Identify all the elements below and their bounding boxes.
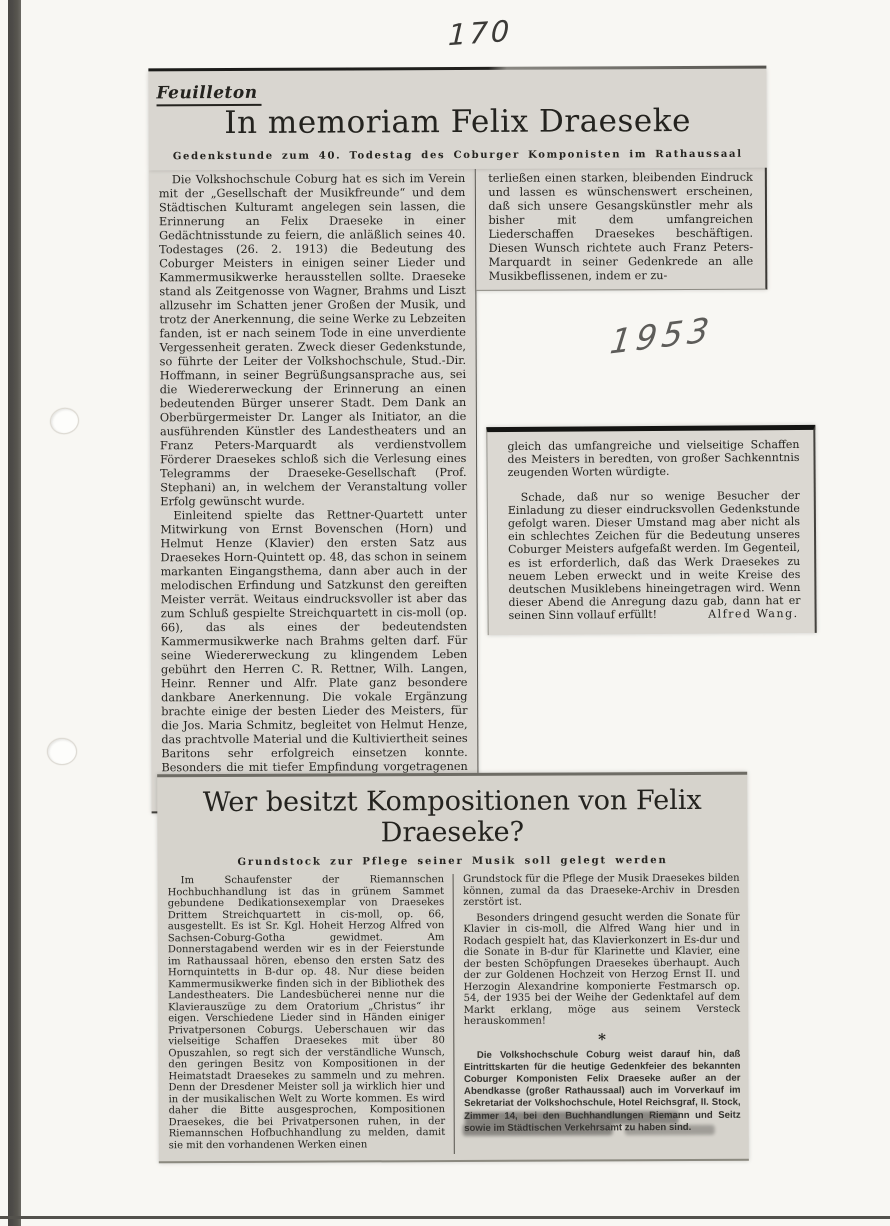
article-column-left: Im Schaufenster der Riemannschen Hochbuc… xyxy=(158,874,455,1155)
article-subhead: Grundstock zur Pflege seiner Musik soll … xyxy=(158,855,748,869)
torn-edge xyxy=(148,66,766,72)
article-headline: Wer besitzt Kompositionen von Felix Drae… xyxy=(161,785,743,850)
clipping-kompositionen: Wer besitzt Kompositionen von Felix Drae… xyxy=(157,772,749,1164)
article-column-right: terließen einen starken, bleibenden Eind… xyxy=(476,168,767,291)
paragraph: Einleitend spielte das Rettner-Quartett … xyxy=(160,508,468,803)
paragraph: Im Schaufenster der Riemannschen Hochbuc… xyxy=(168,874,446,1151)
punch-hole xyxy=(47,738,77,765)
star-separator: * xyxy=(464,1032,741,1045)
paragraph: gleich das umfangreiche und vielseitige … xyxy=(507,438,799,480)
ticket-notice: Die Volkshochschule Coburg weist darauf … xyxy=(464,1048,741,1135)
handwritten-page-number: 170 xyxy=(447,14,512,53)
binding-edge xyxy=(8,0,21,1226)
article-column-right: Grundstock für die Pflege der Musik Drae… xyxy=(453,873,749,1154)
ink-smudge xyxy=(624,1125,714,1135)
section-label: Feuilleton xyxy=(156,83,261,106)
article-columns: Im Schaufenster der Riemannschen Hochbuc… xyxy=(158,873,749,1156)
paragraph: Die Volkshochschule Coburg hat es sich i… xyxy=(159,172,467,509)
paragraph: Besonders dringend gesucht werden die So… xyxy=(463,911,740,1027)
scanned-archive-page: { "page": { "handwritten_number": "170",… xyxy=(0,0,890,1226)
article-column-left: Die Volkshochschule Coburg hat es sich i… xyxy=(149,169,479,813)
ink-smudge xyxy=(462,1123,612,1136)
clipping-continuation: gleich das umfangreiche und vielseitige … xyxy=(486,425,816,635)
article-headline: In memoriam Felix Draeseke xyxy=(157,103,759,142)
paragraph: Schade, daß nur so wenige Besucher der E… xyxy=(508,489,801,623)
paragraph: terließen einen starken, bleibenden Eind… xyxy=(488,171,753,284)
clipping-header: Feuilleton In memoriam Felix Draeseke Ge… xyxy=(148,69,766,171)
article-subhead: Gedenkstunde zum 40. Todestag des Coburg… xyxy=(157,149,759,163)
punch-hole xyxy=(48,405,82,436)
paragraph: Grundstock für die Pflege der Musik Drae… xyxy=(463,873,740,909)
scan-bottom-edge xyxy=(0,1216,890,1219)
